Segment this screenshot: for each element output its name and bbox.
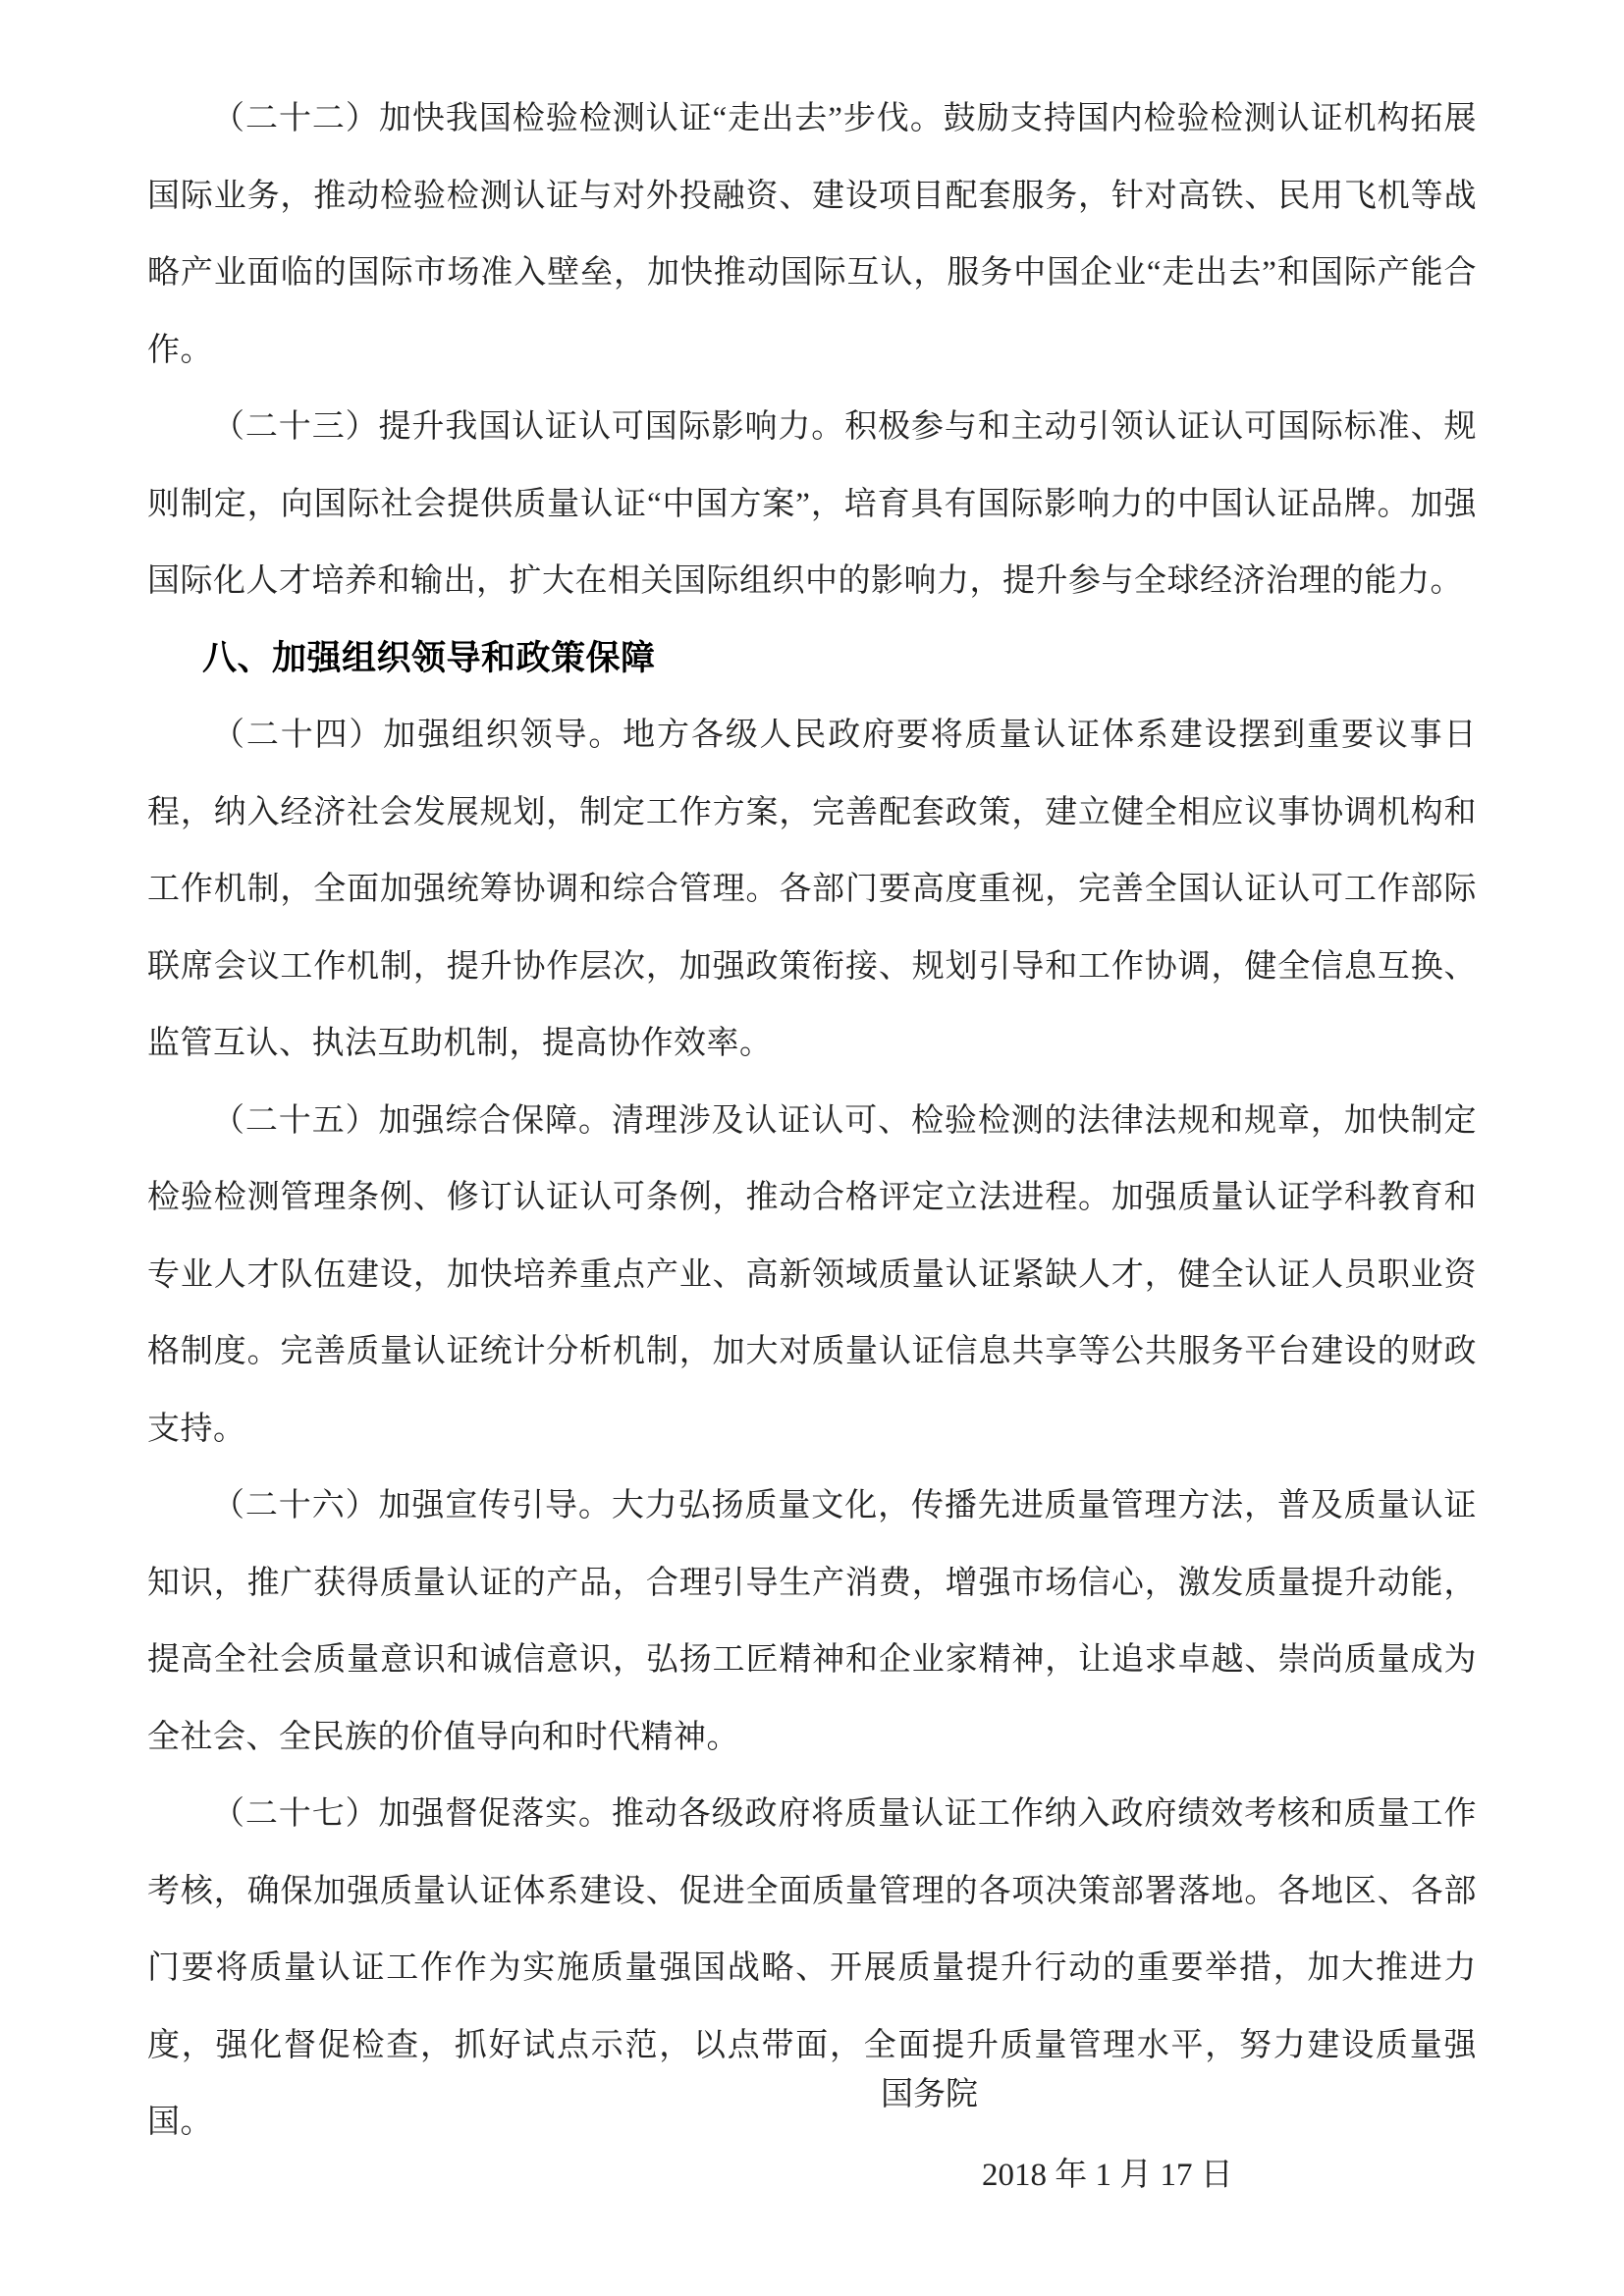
signature-date: 2018 年 1 月 17 日	[982, 2154, 1233, 2197]
paragraph-26: （二十六）加强宣传引导。大力弘扬质量文化，传播先进质量管理方法，普及质量认证知识…	[147, 1468, 1477, 1776]
document-page: （二十二）加快我国检验检测认证“走出去”步伐。鼓励支持国内检验检测认证机构拓展国…	[0, 0, 1624, 2296]
document-body: （二十二）加快我国检验检测认证“走出去”步伐。鼓励支持国内检验检测认证机构拓展国…	[147, 80, 1477, 2162]
paragraph-24: （二十四）加强组织领导。地方各级人民政府要将质量认证体系建设摆到重要议事日程，纳…	[147, 697, 1477, 1083]
paragraph-22: （二十二）加快我国检验检测认证“走出去”步伐。鼓励支持国内检验检测认证机构拓展国…	[147, 80, 1477, 389]
signature-signer: 国务院	[881, 2073, 978, 2116]
paragraph-25: （二十五）加强综合保障。清理涉及认证认可、检验检测的法律法规和规章，加快制定检验…	[147, 1083, 1477, 1468]
section-8-heading: 八、加强组织领导和政策保障	[147, 620, 1477, 698]
paragraph-23: （二十三）提升我国认证认可国际影响力。积极参与和主动引领认证认可国际标准、规则制…	[147, 389, 1477, 620]
paragraph-27: （二十七）加强督促落实。推动各级政府将质量认证工作纳入政府绩效考核和质量工作考核…	[147, 1776, 1477, 2162]
